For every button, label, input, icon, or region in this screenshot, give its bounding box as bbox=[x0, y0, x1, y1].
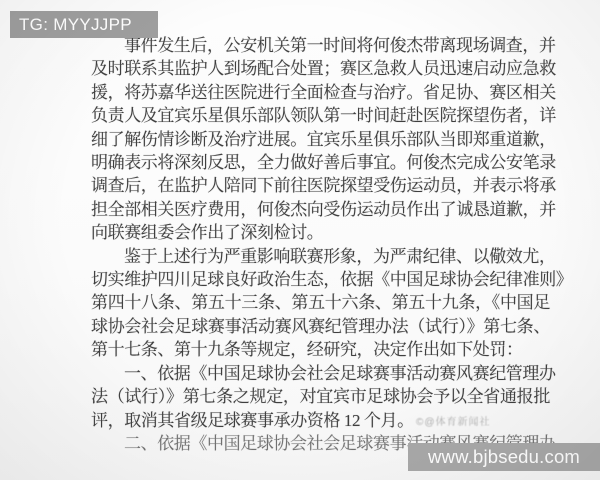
document-line: 第四十八条、第五十三条、第五十六条、第五十九条，《中国足 bbox=[91, 291, 550, 314]
document-line: 法（试行）》第七条之规定，对宜宾市足球协会予以全省通报批 bbox=[91, 385, 550, 408]
document-line: 鉴于上述行为严重影响联赛形象，为严肃纪律、以儆效尤， bbox=[91, 245, 550, 268]
document-line: 切实维护四川足球良好政治生态，依据《中国足球协会纪律准则》 bbox=[91, 268, 550, 291]
document-line: 向联赛组委会作出了深刻检讨。 bbox=[91, 221, 550, 244]
document-line: 球协会社会足球赛事活动赛风赛纪管理办法（试行）》第七条、 bbox=[91, 315, 550, 338]
document-line: 第十七条、第十九条等规定，经研究，决定作出如下处罚： bbox=[91, 338, 550, 361]
document-line: 调查后，在监护人陪同下前往医院探望受伤运动员，并表示将承 bbox=[91, 174, 550, 197]
document-text-block: 事件发生后，公安机关第一时间将何俊杰带离现场调查，并及时联系其监护人到场配合处置… bbox=[91, 34, 550, 455]
telegram-watermark-badge: TG: MYYJJPP bbox=[10, 11, 158, 38]
website-watermark-badge: www.bjbsedu.com bbox=[408, 443, 600, 471]
document-line: 及时联系其监护人到场配合处置；赛区急救人员迅速启动应急救 bbox=[91, 57, 550, 80]
document-line: 事件发生后，公安机关第一时间将何俊杰带离现场调查，并 bbox=[91, 34, 550, 57]
document-line: 担全部相关医疗费用，何俊杰向受伤运动员作出了诚恳道歉，并 bbox=[91, 198, 550, 221]
document-line: 援，将苏嘉华送往医院进行全面检查与治疗。省足协、赛区相关 bbox=[91, 81, 550, 104]
document-line: 明确表示将深刻反思，全力做好善后事宜。何俊杰完成公安笔录 bbox=[91, 151, 550, 174]
photo-credit-watermark: ©@体育新闻社 bbox=[416, 417, 511, 429]
document-line: 细了解伤情诊断及治疗进展。宜宾乐星俱乐部队当即郑重道歉， bbox=[91, 128, 550, 151]
document-line: 负责人及宜宾乐星俱乐部队领队第一时间赶赴医院探望伤者，详 bbox=[91, 104, 550, 127]
document-line: 一、依据《中国足球协会社会足球赛事活动赛风赛纪管理办 bbox=[91, 362, 550, 385]
document-photo: 事件发生后，公安机关第一时间将何俊杰带离现场调查，并及时联系其监护人到场配合处置… bbox=[0, 0, 600, 480]
